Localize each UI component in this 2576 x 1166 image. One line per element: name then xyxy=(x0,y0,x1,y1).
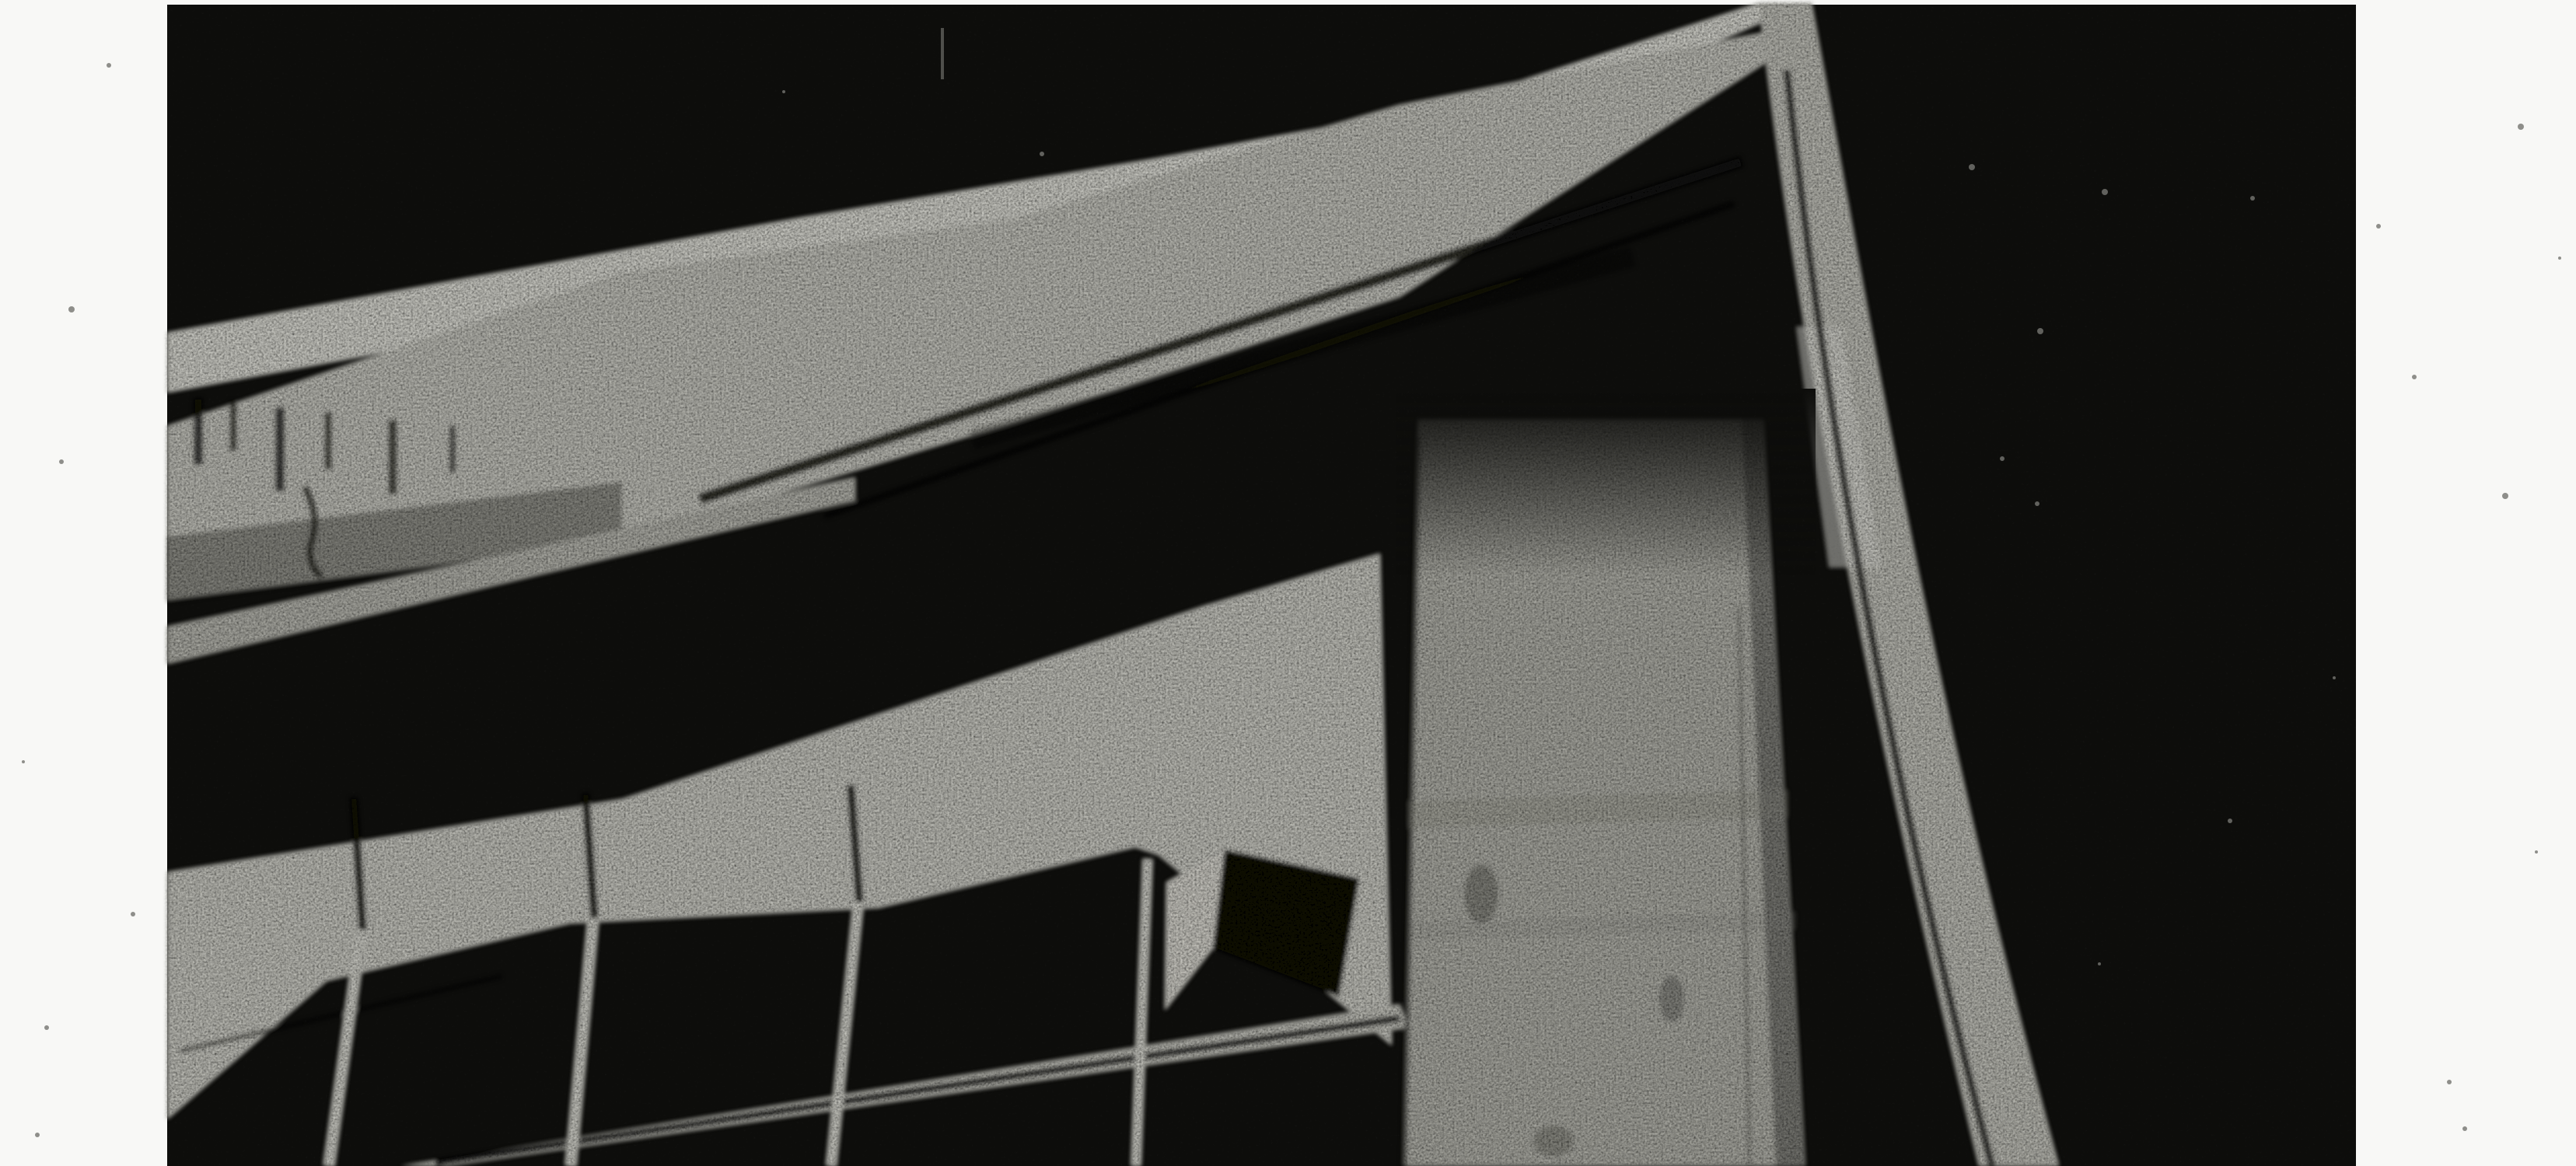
book-page xyxy=(0,0,2576,1166)
dust-speck xyxy=(68,306,75,312)
dust-speck xyxy=(22,760,25,763)
halftone-photograph xyxy=(0,0,2576,1166)
dust-speck xyxy=(2518,124,2524,130)
dust-speck xyxy=(2376,224,2381,229)
dust-speck xyxy=(2558,257,2561,260)
dust-speck xyxy=(107,63,111,68)
dust-speck xyxy=(2502,493,2508,499)
dust-speck xyxy=(2447,1080,2452,1084)
dust-speck xyxy=(35,1133,40,1137)
dust-speck xyxy=(2535,850,2538,854)
dust-speck xyxy=(2412,375,2417,379)
dust-speck xyxy=(59,459,64,464)
dust-speck xyxy=(44,1025,49,1030)
dust-speck xyxy=(2462,1126,2467,1131)
photo-grain-overlay xyxy=(167,5,2356,1166)
dust-speck xyxy=(131,912,135,916)
